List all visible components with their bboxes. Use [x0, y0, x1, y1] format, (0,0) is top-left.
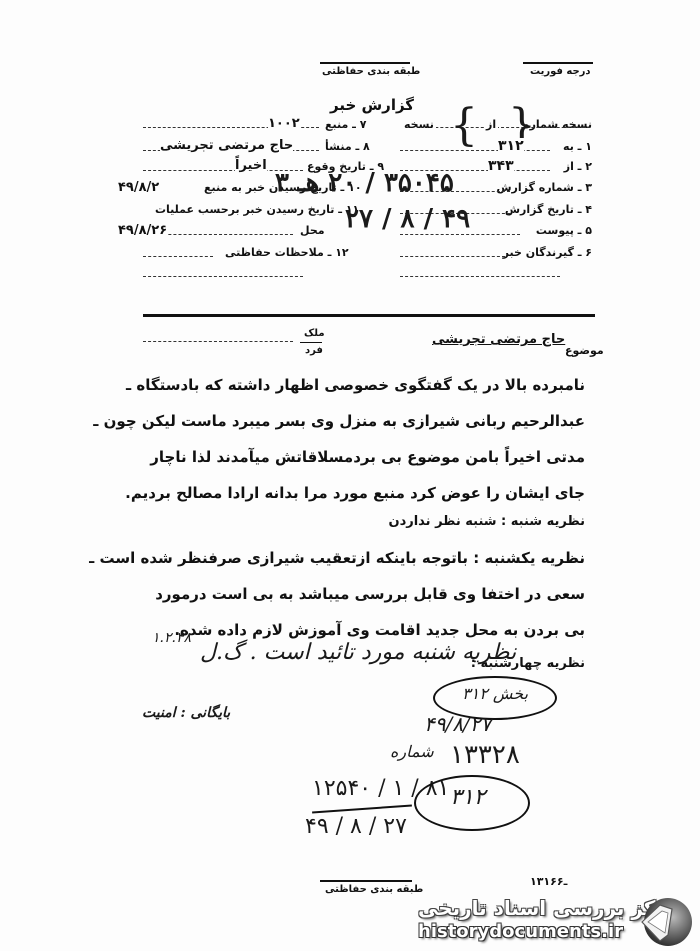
body-line: جای ایشان را عوض کرد منبع مورد مرا بدانه…: [125, 484, 585, 502]
stamp-label: شماره: [390, 742, 434, 761]
body-line: مدتی اخیراً بامن موضوع بی بردمسلاقاتش می…: [150, 448, 585, 466]
dotted-line: [143, 256, 213, 257]
dotted-line: [400, 276, 560, 277]
copy-from-label: از: [484, 118, 498, 131]
field12-label: ۱۲ ـ ملاحظات حفاظتی: [225, 246, 349, 259]
field4-label: ۴ ـ تاریخ گزارش: [505, 203, 592, 216]
field6-label: ۶ ـ گیرندگان خبر: [503, 246, 592, 259]
copy-count-label: نسخه: [402, 118, 436, 131]
bottom-registration-date: ۴۹ / ۸ / ۲۷: [305, 814, 407, 839]
handwritten-note: نظریه شنبه مورد تائید است . گ.ل: [200, 640, 516, 665]
field8-label: ۸ ـ منشأ: [325, 140, 370, 153]
field1-value: ۳۱۲: [498, 138, 524, 154]
watermark-site: historydocuments.ir: [418, 921, 623, 942]
dotted-line: [400, 234, 520, 235]
fraction-bar: [300, 342, 322, 343]
handwritten-report-date: ۴۹ / ۸ / ۲۷: [345, 204, 470, 234]
body-line: نظریه شنبه : شنبه نظر نداردن: [388, 514, 585, 529]
classification-top: طبقه بندی حفاظتی: [322, 66, 420, 77]
section-divider: [143, 314, 595, 317]
divider: [320, 62, 410, 64]
handwritten-archive-note: بایگانی : امنیت: [142, 705, 230, 721]
dotted-line: [410, 127, 590, 128]
bottom-stamp-text: ۳۱۲: [450, 785, 485, 810]
field9-value: اخیراً: [235, 158, 267, 173]
body-line: نامبرده بالا در یک گفتگوی خصوصی اظهار دا…: [126, 376, 585, 394]
field2-value: ۳۴۳: [488, 158, 514, 174]
handwritten-report-number: ۳۵۰۴۵ / ۲۰ هـ ۳: [275, 168, 454, 198]
form-title: گزارش خبر: [330, 96, 414, 114]
subject-fraction-bottom: فرد: [305, 345, 323, 356]
subject-label: موضوع: [565, 344, 604, 357]
stamp-number: ۴۹/۸/۲۷: [424, 712, 491, 736]
handwritten-mark: {: [450, 100, 478, 151]
body-line: عبدالرحیم ربانی شیرازی به منزل وی بسر می…: [93, 412, 585, 430]
underline: [312, 805, 412, 814]
field7-value: ۱۰۰۲: [268, 116, 300, 131]
dotted-line: [400, 150, 550, 151]
scanned-document: طبقه بندی حفاظتی درجه فوریت گزارش خبر نس…: [0, 0, 700, 951]
field1-label: ۱ ـ به: [563, 140, 592, 153]
field11-label: ۱۱ ـ تاریخ رسیدن خبر برحسب عملیات: [155, 203, 359, 216]
handwritten-margin-note: ۱.۲.۴۸: [152, 630, 191, 646]
dotted-line: [143, 341, 293, 342]
body-line: نظریه یکشنبه : باتوجه باینکه ازتعقیب شیر…: [89, 549, 585, 567]
place-label: محل: [300, 224, 325, 237]
subject-value: حاج مرتضی تجریشی: [432, 332, 565, 347]
field8-value: حاج مرتضی تجریشی: [160, 138, 293, 153]
field7-label: ۷ ـ منبع: [325, 118, 366, 131]
field2-label: ۲ ـ از: [564, 160, 592, 173]
divider: [320, 880, 412, 882]
field5-label: ۵ ـ پیوست: [536, 224, 592, 237]
dotted-line: [143, 276, 303, 277]
classification-bottom: طبقه بندی حفاظتی: [325, 884, 423, 895]
stamp-text: بخش ۳۱۲: [462, 684, 528, 703]
dotted-line: [400, 256, 505, 257]
field10-value: ۴۹/۸/۲: [118, 180, 159, 195]
body-line: بی بردن به محل جدید اقامت وی آموزش لازم …: [174, 621, 585, 639]
subject-fraction-top: ملک: [304, 328, 325, 339]
watermark-logo-icon: [638, 895, 692, 949]
page-code: ۱۳۱ـ۶۶: [530, 875, 567, 888]
field11-value: ۴۹/۸/۲۶: [118, 223, 167, 238]
priority-label: درجه فوریت: [530, 66, 591, 77]
body-line: سعی در اختفا وی قابل بررسی میباشد به بی …: [155, 585, 585, 603]
divider: [523, 62, 593, 64]
field3-label: ۳ ـ شماره گزارش: [496, 181, 592, 194]
stamp-serial: ۱۳۳۲۸: [450, 740, 520, 770]
